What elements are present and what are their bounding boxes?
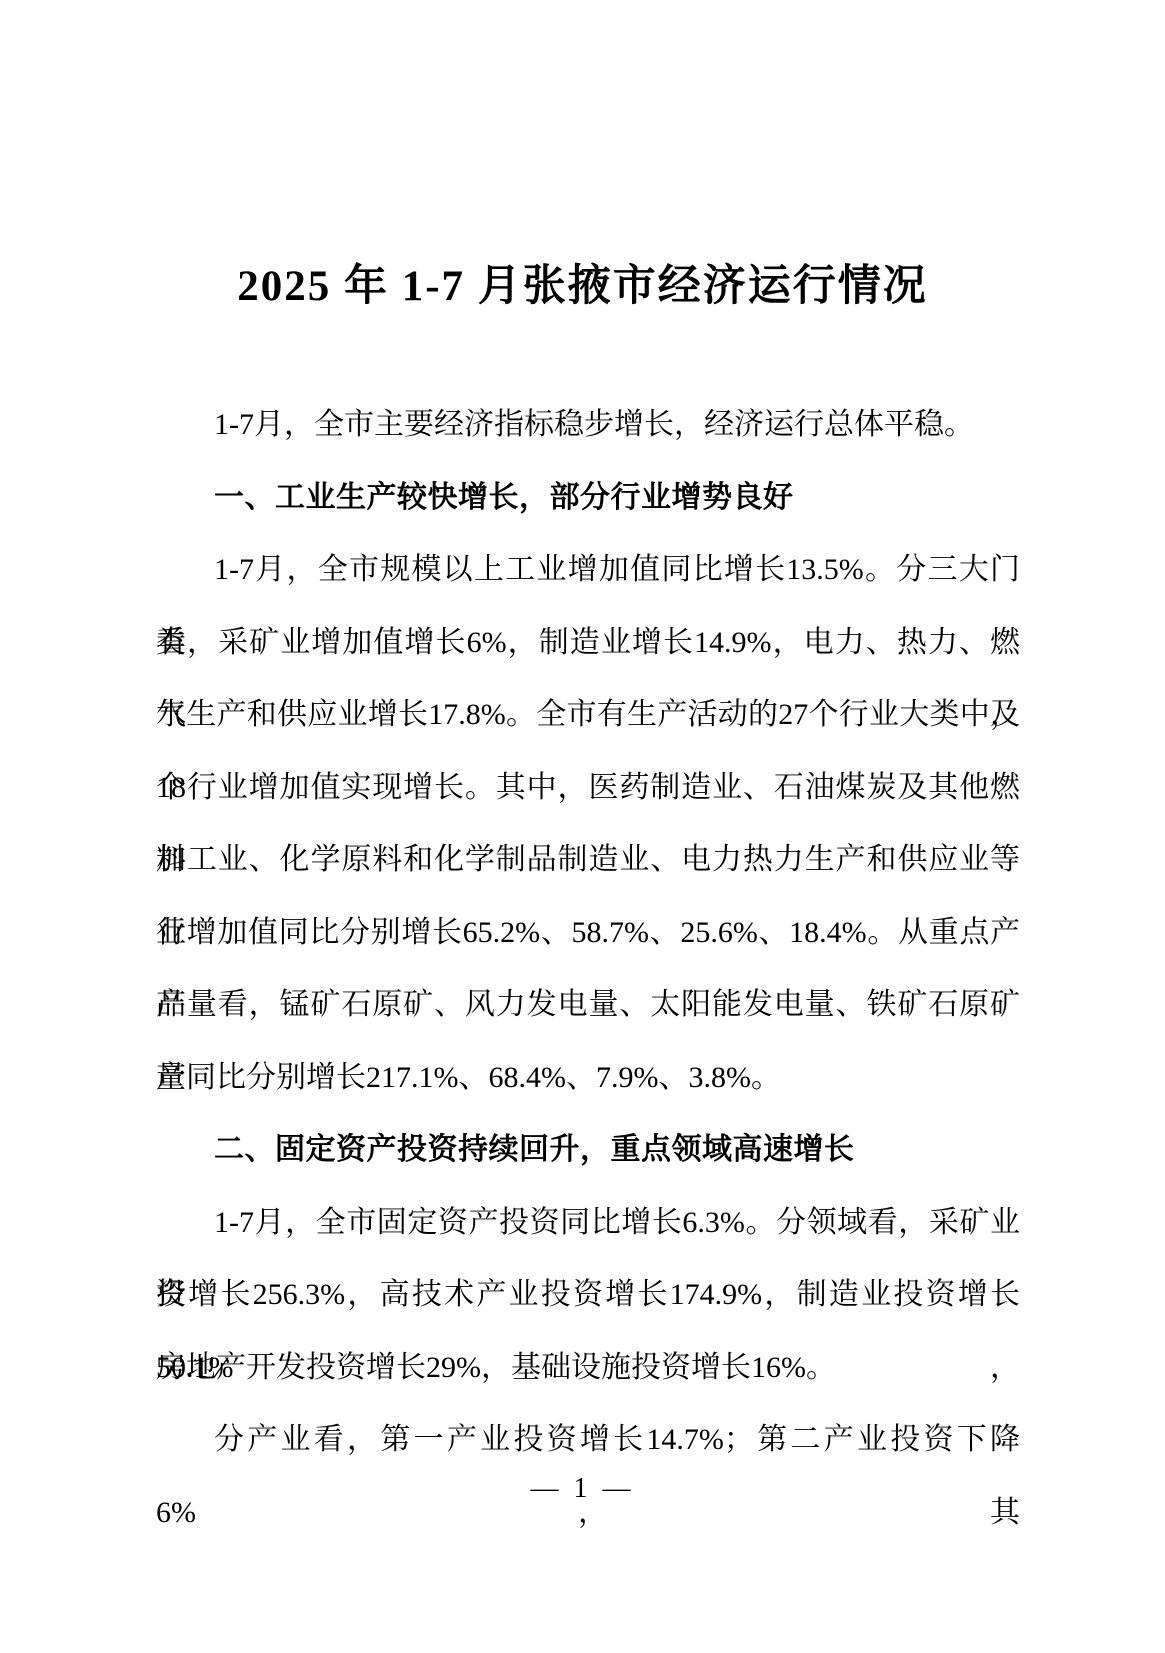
document-page: 2025 年 1-7 月张掖市经济运行情况 1-7月，全市主要经济指标稳步增长，… — [0, 0, 1165, 1653]
section1-paragraph-line: 水生产和供应业增长17.8%。全市有生产活动的27个行业大类中，18 — [156, 679, 1020, 752]
section1-paragraph-line: 产量看，锰矿石原矿、风力发电量、太阳能发电量、铁矿石原矿产 — [156, 969, 1020, 1042]
section2-paragraph-line: 资增长256.3%，高技术产业投资增长174.9%，制造业投资增长50.1%， — [156, 1259, 1020, 1332]
section2-heading: 二、固定资产投资持续回升，重点领域高速增长 — [156, 1114, 1020, 1187]
section1-paragraph-line: 加工业、化学原料和化学制品制造业、电力热力生产和供应业等行 — [156, 824, 1020, 897]
document-body: 1-7月，全市主要经济指标稳步增长，经济运行总体平稳。 一、工业生产较快增长，部… — [156, 389, 1020, 1477]
section2-paragraph-line: 分产业看，第一产业投资增长14.7%；第二产业投资下降6%，其 — [156, 1404, 1020, 1477]
section1-heading: 一、工业生产较快增长，部分行业增势良好 — [156, 462, 1020, 535]
section2-paragraph-line: 1-7月，全市固定资产投资同比增长6.3%。分领域看，采矿业投 — [156, 1187, 1020, 1260]
section1-paragraph-line: 业增加值同比分别增长65.2%、58.7%、25.6%、18.4%。从重点产品 — [156, 897, 1020, 970]
section1-paragraph-line: 看，采矿业增加值增长6%，制造业增长14.9%，电力、热力、燃气及 — [156, 607, 1020, 680]
intro-paragraph-line: 1-7月，全市主要经济指标稳步增长，经济运行总体平稳。 — [156, 389, 1020, 462]
page-number: — 1 — — [0, 1472, 1165, 1506]
section1-paragraph-line: 1-7月，全市规模以上工业增加值同比增长13.5%。分三大门类 — [156, 534, 1020, 607]
section1-paragraph-line: 个行业增加值实现增长。其中，医药制造业、石油煤炭及其他燃料 — [156, 752, 1020, 825]
section1-paragraph-line: 量同比分别增长217.1%、68.4%、7.9%、3.8%。 — [156, 1042, 1020, 1115]
document-title: 2025 年 1-7 月张掖市经济运行情况 — [0, 257, 1165, 317]
